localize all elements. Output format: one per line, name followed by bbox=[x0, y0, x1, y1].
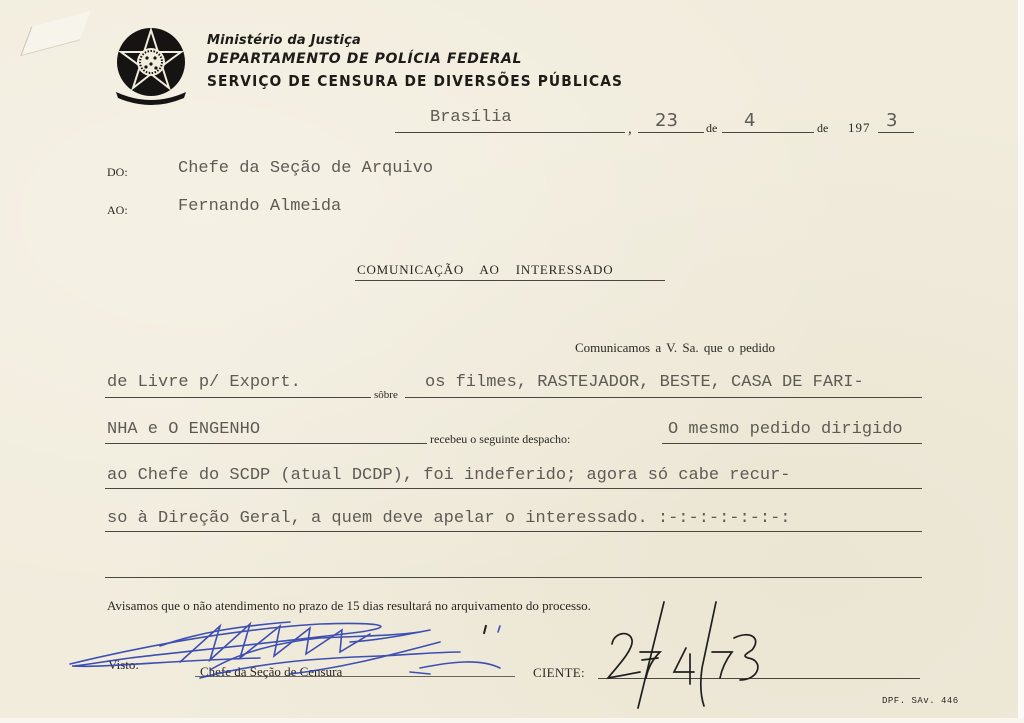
dateline-comma: , bbox=[628, 121, 632, 138]
dispatch-line-2-underline bbox=[105, 488, 922, 489]
request-type: de Livre p/ Export. bbox=[107, 373, 301, 392]
blank-line bbox=[105, 577, 922, 578]
to-label: AO: bbox=[107, 203, 128, 218]
brazil-coat-of-arms-icon bbox=[110, 22, 192, 108]
to-value: Fernando Almeida bbox=[178, 197, 341, 216]
dateline-month: 4 bbox=[744, 110, 755, 131]
dispatch-label: recebeu o seguinte despacho: bbox=[430, 432, 570, 447]
year-underline bbox=[878, 132, 914, 133]
about-label: sôbre bbox=[374, 389, 398, 401]
dispatch-line-1: O mesmo pedido dirigido bbox=[668, 420, 903, 439]
dateline-city: Brasília bbox=[430, 108, 512, 127]
subject-line-2-underline bbox=[105, 443, 427, 444]
ministry-name: Ministério da Justiça bbox=[207, 33, 361, 48]
subject-line-2: NHA e O ENGENHO bbox=[107, 420, 260, 439]
dateline-year-prefix: 197 bbox=[848, 120, 871, 136]
ciente-handwritten-date bbox=[600, 598, 770, 710]
subject-line-1-underline bbox=[405, 397, 922, 398]
service-name: SERVIÇO DE CENSURA DE DIVERSÕES PÚBLICAS bbox=[207, 72, 623, 90]
scan-edge-bottom bbox=[0, 718, 1024, 723]
from-label: DO: bbox=[107, 165, 128, 180]
dispatch-line-2: ao Chefe do SCDP (atual DCDP), foi indef… bbox=[107, 466, 791, 485]
signature-scribble bbox=[60, 612, 530, 687]
dispatch-line-1-underline bbox=[662, 443, 922, 444]
from-value: Chefe da Seção de Arquivo bbox=[178, 159, 433, 178]
document-title: COMUNICAÇÃO AO INTERESSADO bbox=[357, 262, 613, 278]
dateline-day: 23 bbox=[655, 110, 678, 131]
form-code: DPF. SAv. 446 bbox=[882, 696, 959, 706]
request-type-underline bbox=[105, 397, 371, 398]
dispatch-line-3-underline bbox=[105, 531, 922, 532]
title-underline bbox=[355, 280, 665, 281]
body-intro: Comunicamos a V. Sa. que o pedido bbox=[575, 340, 775, 356]
dispatch-line-3: so à Direção Geral, a quem deve apelar o… bbox=[107, 509, 791, 528]
scan-edge bbox=[1018, 0, 1024, 723]
city-underline bbox=[395, 132, 625, 133]
dateline-de-1: de bbox=[706, 121, 717, 136]
subject-line-1: os filmes, RASTEJADOR, BESTE, CASA DE FA… bbox=[425, 373, 864, 392]
dateline-de-2: de bbox=[817, 121, 828, 136]
month-underline bbox=[722, 132, 814, 133]
dateline-year-suffix: 3 bbox=[886, 110, 897, 131]
department-name: DEPARTAMENTO DE POLÍCIA FEDERAL bbox=[207, 51, 522, 67]
day-underline bbox=[638, 132, 704, 133]
ciente-label: CIENTE: bbox=[533, 665, 585, 681]
